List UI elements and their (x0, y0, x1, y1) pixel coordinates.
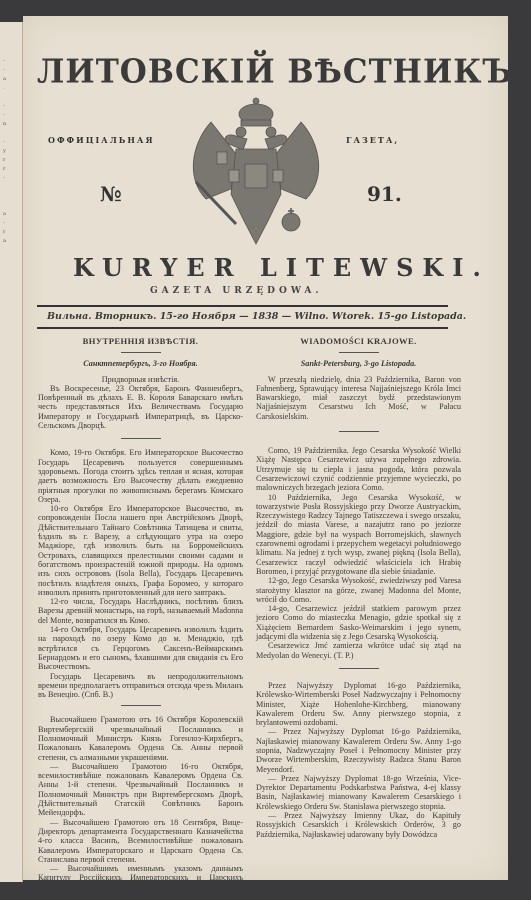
masthead-title-russian: ЛИТОВСКІЙ ВѢСТНИКЪ. (37, 53, 477, 91)
article-dateline: Санктпетербургъ, 3-го Ноября. (38, 359, 243, 368)
newspaper-page: ЛИТОВСКІЙ ВѢСТНИКЪ. ОФФИЦІАЛЬНАЯ ГАЗЕТА,… (23, 16, 508, 880)
separator (339, 668, 379, 669)
issue-number-label: № (100, 182, 122, 206)
separator (339, 352, 379, 353)
separator (339, 431, 379, 432)
separator (121, 705, 161, 706)
article-paragraph: 12-go, Jego Cesarska Wysokość, zwiedziws… (256, 576, 461, 604)
official-label: ОФФИЦІАЛЬНАЯ (48, 135, 155, 145)
article-paragraph: 14-go, Cesarzewicz jeździł statkiem paro… (256, 604, 461, 641)
article-paragraph: 14-го Октября, Государь Цесаревичъ извол… (38, 625, 243, 671)
masthead-title-polish: KURYER LITEWSKI. (73, 253, 490, 282)
double-headed-eagle-icon (181, 94, 331, 254)
article-paragraph: Como, 19 Października. Jego Cesarska Wys… (256, 446, 461, 492)
article-paragraph: — Высочайшимъ именнымъ указомъ даннымъ К… (38, 864, 243, 892)
article-paragraph: Cesarzewicz Jmć zamierza wkrótce udać si… (256, 641, 461, 660)
dateline-bottom-rule (37, 327, 448, 329)
article-paragraph: — Przez Najwyższy Imienny Ukaz, do Kapit… (256, 811, 461, 839)
dateline-top-rule (37, 305, 448, 307)
article-dateline: Sankt-Petersburg, 3-go Listopada. (256, 359, 461, 368)
article-paragraph: 12-го числа, Государь Наслѣдникъ, посѣти… (38, 597, 243, 625)
issue-number: 91. (367, 182, 402, 206)
article-paragraph: 10 Października, Jego Cesarska Wysokość,… (256, 493, 461, 577)
article-paragraph: — Высочайшею Грамотою отъ 18 Сентября, В… (38, 818, 243, 864)
section-heading: ВНУТРЕННІЯ ИЗВѢСТІЯ. (38, 337, 243, 346)
masthead-subtitle: GAZETA URZĘDOWA. (150, 286, 322, 296)
article-paragraph: — Przez Najwyższy Dyplomat 16-go Paździe… (256, 727, 461, 773)
article-paragraph: Въ Воскресенье, 23 Октября, Баронъ Фанне… (38, 384, 243, 430)
section-heading: WIADOMOŚCI KRAJOWE. (256, 337, 461, 346)
article-paragraph: — Высочайшею Грамотою 16-го Октября, все… (38, 762, 243, 818)
article-paragraph: — Przez Najwyższy Dyplomat 18-go Wrześni… (256, 774, 461, 811)
adjacent-page-text-marks: - - a . - - n - y r r - a - r a (3, 57, 11, 246)
adjacent-page-edge: - - a . - - n - y r r - a - r a (0, 22, 23, 882)
column-polish: WIADOMOŚCI KRAJOWE. Sankt-Petersburg, 3-… (256, 335, 461, 839)
article-paragraph: W przeszłą niedzielę, dnia 23 Październi… (256, 375, 461, 421)
column-russian: ВНУТРЕННІЯ ИЗВѢСТІЯ. Санктпетербургъ, 3-… (38, 335, 243, 892)
article-paragraph: Государь Цесаревичъ въ непродолжительном… (38, 672, 243, 700)
article-subheading: Придворныя извѣстія. (38, 375, 243, 384)
article-paragraph: Комо, 19-го Октября. Его Императорское В… (38, 448, 243, 504)
article-paragraph: Высочайшею Грамотою отъ 16 Октября Корол… (38, 715, 243, 761)
issue-dateline: Вильна. Вторникъ. 15-го Ноября — 1838 — … (47, 311, 466, 322)
separator (121, 352, 161, 353)
separator (121, 438, 161, 439)
article-paragraph: 10-го Октября Его Императорское Высочест… (38, 504, 243, 597)
gazette-label: ГАЗЕТА, (346, 135, 399, 145)
article-paragraph: Przez Najwyższy Dyplomat 16-go Październ… (256, 681, 461, 727)
